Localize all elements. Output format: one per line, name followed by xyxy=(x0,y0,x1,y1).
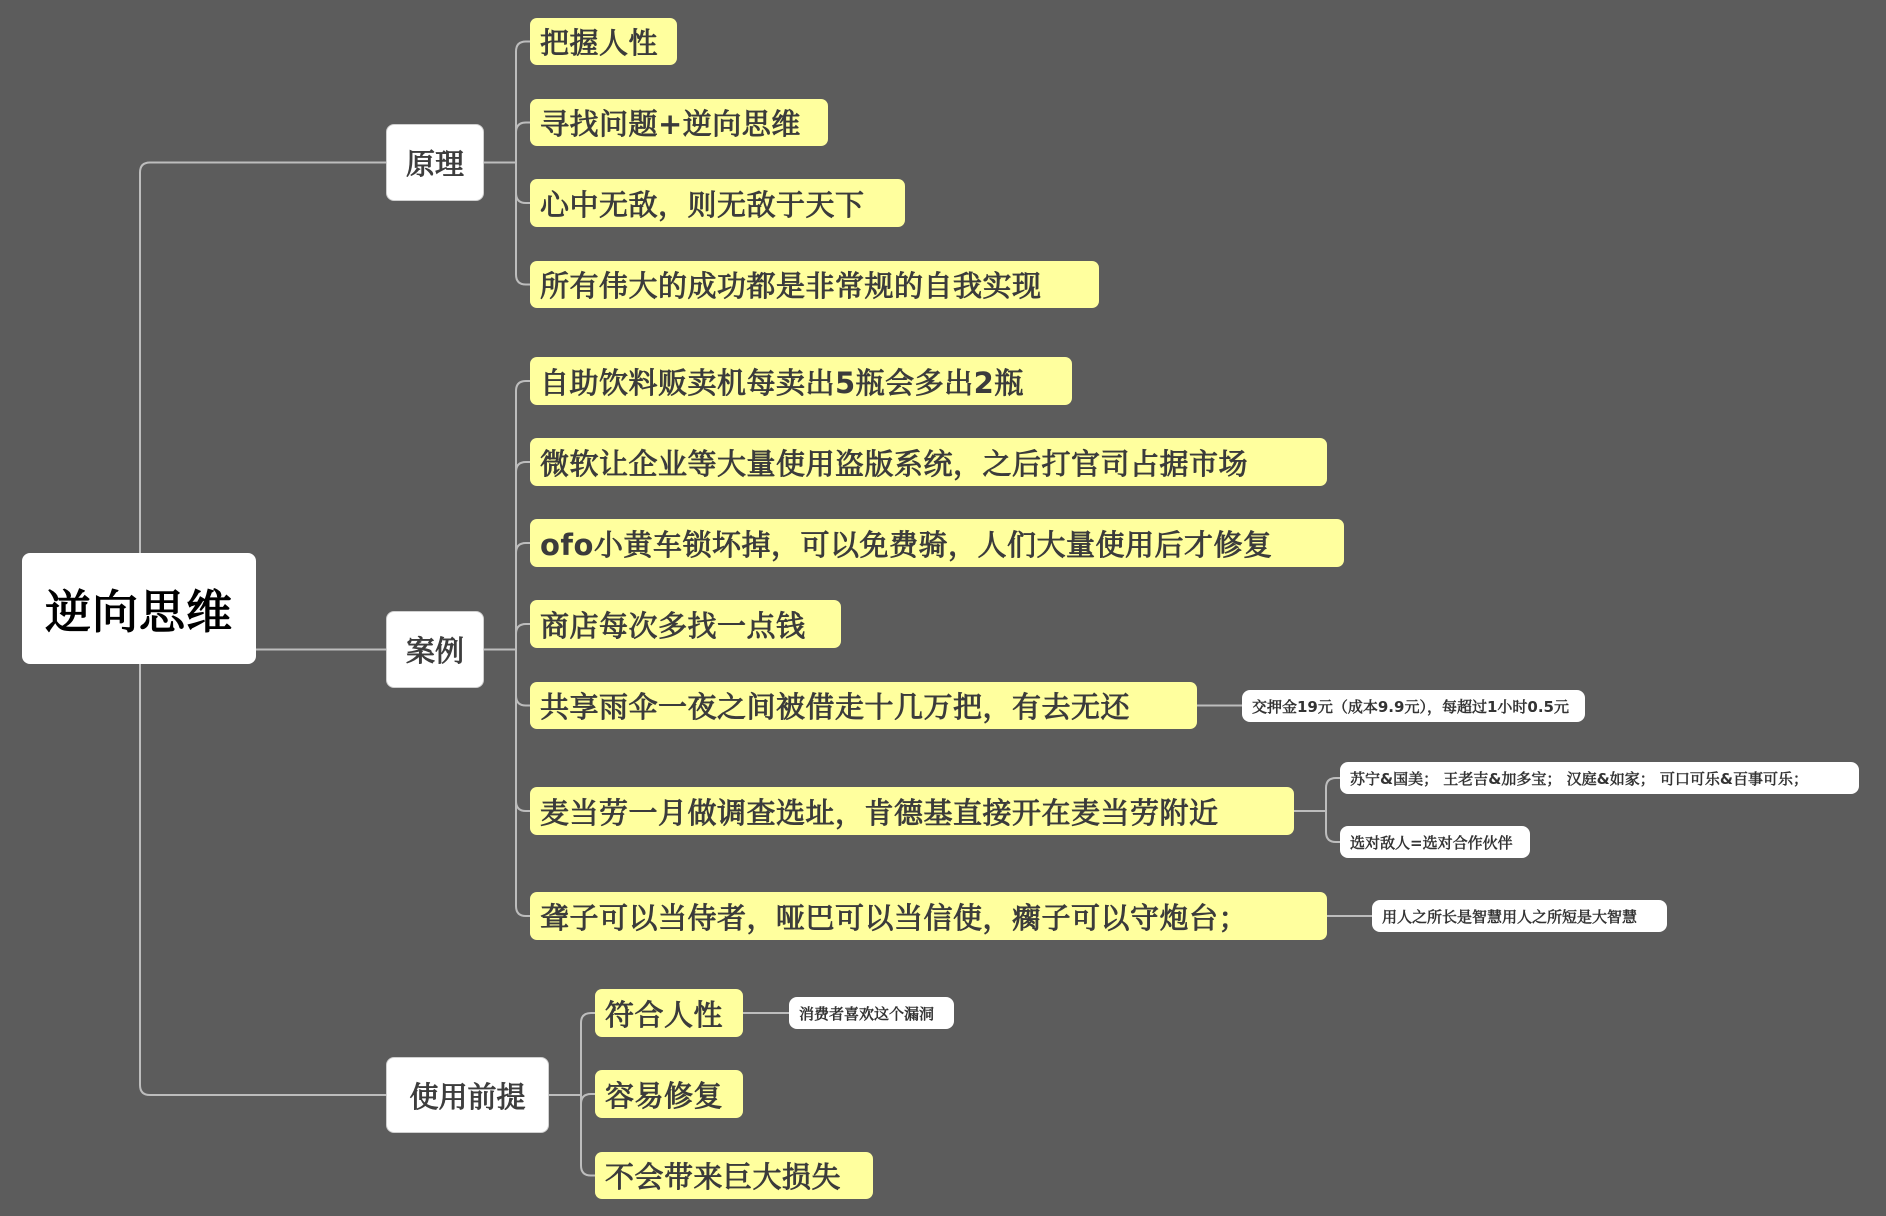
mind-map-canvas: 逆向思维 原理 把握人性 寻找问题+逆向思维 心中无敌，则无敌于天下 所有伟大的… xyxy=(0,0,1886,1216)
branch-prerequisites[interactable]: 使用前提 xyxy=(386,1057,549,1133)
root-topic[interactable]: 逆向思维 xyxy=(22,553,256,664)
note-choose-enemy-partner[interactable]: 选对敌人=选对合作伙伴 xyxy=(1340,826,1530,858)
topic-vending-machine[interactable]: 自助饮料贩卖机每卖出5瓶会多出2瓶 xyxy=(530,357,1072,405)
topic-ofo-bike-lock[interactable]: ofo小黄车锁坏掉，可以免费骑，人们大量使用后才修复 xyxy=(530,519,1344,567)
topic-fit-human-nature[interactable]: 符合人性 xyxy=(595,989,743,1037)
topic-easy-to-fix[interactable]: 容易修复 xyxy=(595,1070,743,1118)
topic-no-enemy-in-heart[interactable]: 心中无敌，则无敌于天下 xyxy=(530,179,905,227)
branch-principle[interactable]: 原理 xyxy=(386,124,484,201)
topic-great-success-unconventional[interactable]: 所有伟大的成功都是非常规的自我实现 xyxy=(530,261,1099,308)
topic-shared-umbrella[interactable]: 共享雨伞一夜之间被借走十几万把，有去无还 xyxy=(530,682,1197,729)
note-umbrella-deposit[interactable]: 交押金19元（成本9.9元），每超过1小时0.5元 xyxy=(1242,690,1585,722)
note-consumers-like-loophole[interactable]: 消费者喜欢这个漏洞 xyxy=(789,997,954,1029)
topic-mcdonalds-kfc[interactable]: 麦当劳一月做调查选址，肯德基直接开在麦当劳附近 xyxy=(530,787,1294,835)
topic-microsoft-piracy[interactable]: 微软让企业等大量使用盗版系统，之后打官司占据市场 xyxy=(530,438,1327,486)
topic-store-extra-change[interactable]: 商店每次多找一点钱 xyxy=(530,600,841,648)
topic-grasp-human-nature[interactable]: 把握人性 xyxy=(530,18,677,65)
branch-cases[interactable]: 案例 xyxy=(386,611,484,688)
topic-no-huge-loss[interactable]: 不会带来巨大损失 xyxy=(595,1152,873,1199)
connector-lines xyxy=(0,0,1886,1216)
topic-deaf-mute-lame[interactable]: 聋子可以当侍者，哑巴可以当信使，瘸子可以守炮台； xyxy=(530,892,1327,940)
topic-find-problem-reverse-thinking[interactable]: 寻找问题+逆向思维 xyxy=(530,99,828,146)
note-rival-pairs[interactable]: 苏宁&国美； 王老吉&加多宝； 汉庭&如家； 可口可乐&百事可乐； xyxy=(1340,762,1859,794)
note-use-weakness-wisdom[interactable]: 用人之所长是智慧用人之所短是大智慧 xyxy=(1372,900,1667,932)
